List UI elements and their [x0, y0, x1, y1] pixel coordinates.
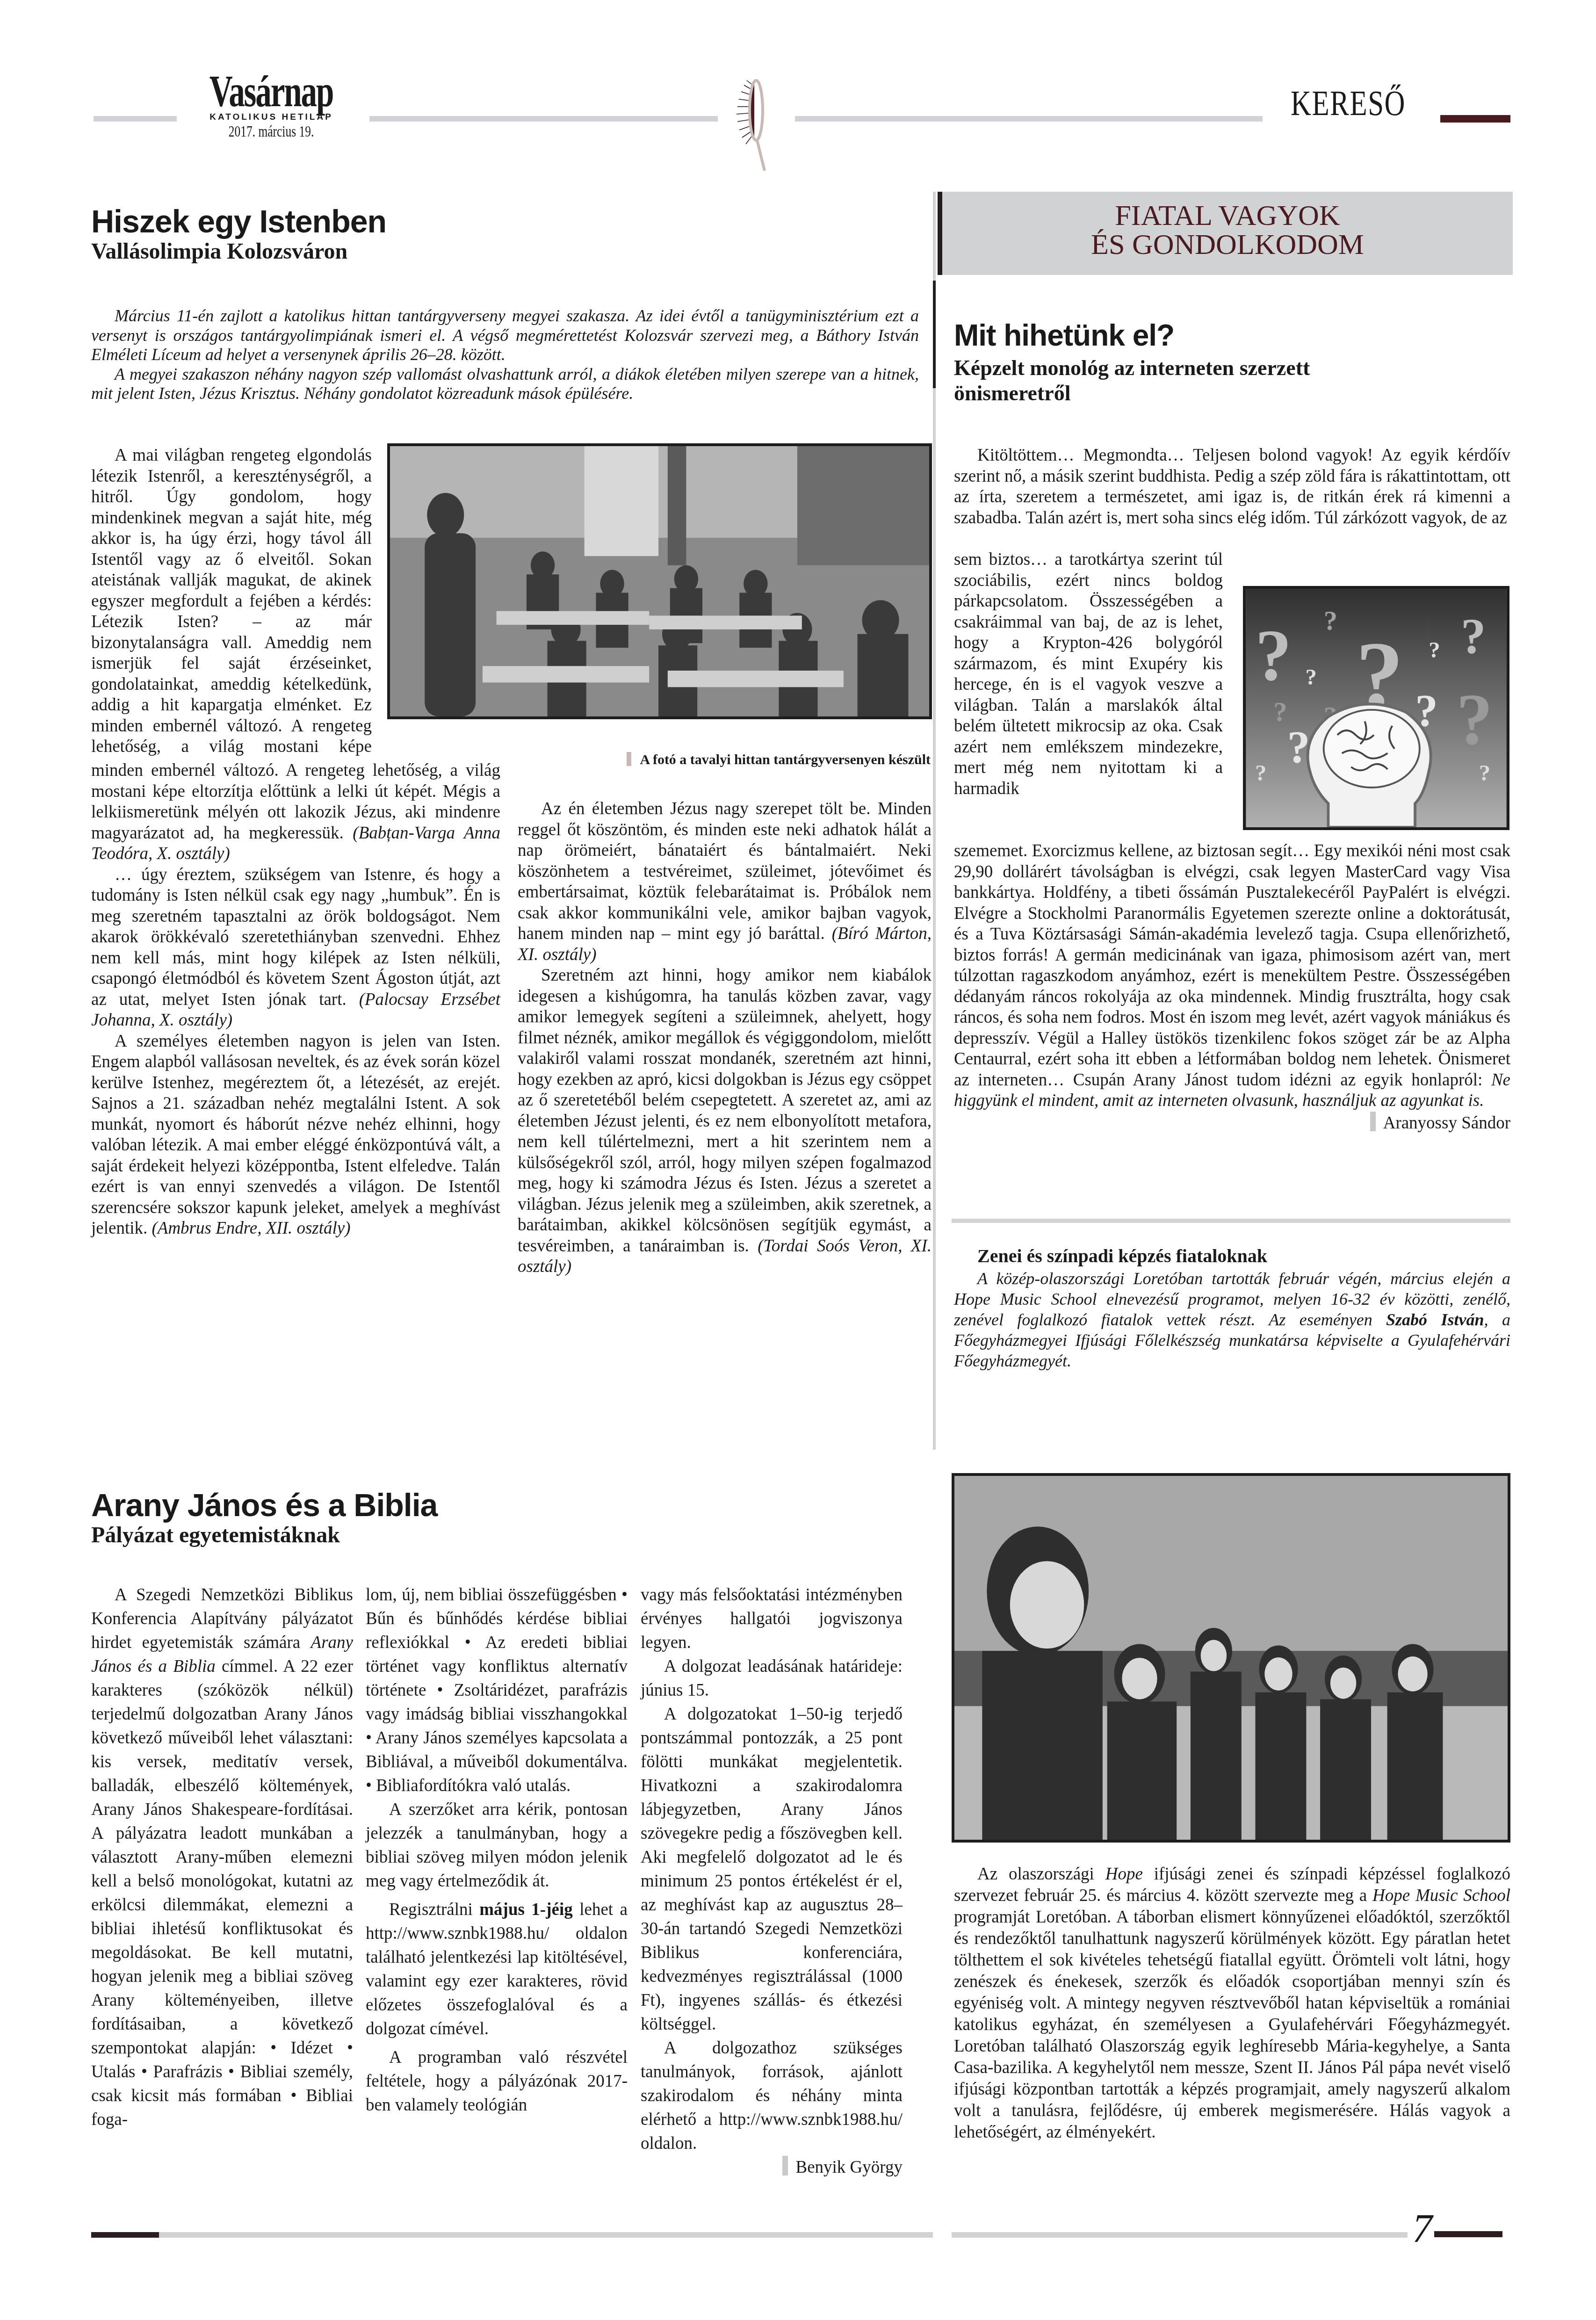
paragraph: A programban való részvétel feltétele, h…	[366, 2045, 628, 2117]
arany-article-subtitle: Pályázat egyetemistáknak	[91, 1522, 340, 1548]
svg-text:?: ?	[1306, 664, 1317, 690]
newspaper-logo: Vasárnap KATOLIKUS HETILAP 2017. március…	[178, 70, 365, 141]
lead-paragraph: A közép-olaszországi Loretóban tartották…	[954, 1268, 1510, 1371]
footer-rule-dark	[91, 2232, 159, 2238]
music-article-title: Zenei és színpadi képzés fiataloknak	[977, 1245, 1267, 1267]
paragraph: Szeretném azt hinni, hogy amikor nem kia…	[518, 965, 932, 1278]
paragraph-continuation: sem biztos… a tarotkártya szerint túl sz…	[954, 549, 1223, 799]
masthead-rule-center-right	[795, 116, 1263, 122]
paragraph: … úgy éreztem, szükségem van Istenre, és…	[91, 865, 500, 1031]
footer-rule-left	[159, 2232, 933, 2238]
svg-text:?: ?	[1273, 697, 1287, 727]
paragraph-text: Az én életemben Jézus nagy szerepet tölt…	[518, 799, 932, 943]
paragraph-continuation: lom, új, nem bibliai összefüggésben • Bű…	[366, 1583, 628, 1798]
brain-with-question-marks-icon: ? ? ? ? ? ? ? ? ? ? ? ? ?	[1246, 589, 1507, 827]
sidebar-title: Mit hihetünk el?	[954, 318, 1174, 353]
deadline-date: május 1-jéig	[479, 1900, 572, 1919]
group-beach-photo	[952, 1473, 1510, 1843]
program-name: Hope Music School	[1372, 1886, 1510, 1905]
paragraph: Az én életemben Jézus nagy szerepet tölt…	[518, 799, 932, 965]
paragraph: Az olaszországi Hope ifjúsági zenei és s…	[954, 1864, 1510, 2143]
footer-rule-accent	[1434, 2231, 1502, 2237]
paragraph-text: szememet. Exorcizmus kellene, az biztosa…	[954, 841, 1510, 1090]
svg-text:?: ?	[1255, 760, 1266, 786]
caption-marker	[627, 752, 631, 766]
paragraph-text: lehet a http://www.sznbk1988.hu/ oldalon…	[366, 1900, 628, 2038]
paragraph-text: Regisztrálni	[389, 1900, 479, 1919]
author-signature: Aranyossy Sándor	[954, 1112, 1510, 1134]
section-banner: FIATAL VAGYOK ÉS GONDOLKODOM	[938, 192, 1513, 275]
lead-paragraph: Március 11-én zajlott a katolikus hittan…	[91, 306, 919, 365]
paragraph: A szerzőket arra kérik, pontosan jelezzé…	[366, 1798, 628, 1893]
signature-marker	[782, 2156, 788, 2175]
signature-marker	[1370, 1112, 1376, 1131]
column-divider-dark	[933, 281, 936, 388]
paragraph-text: Az olaszországi	[977, 1865, 1105, 1884]
author-name: Benyik György	[795, 2158, 903, 2177]
paragraph: A személyes életemben nagyon is jelen va…	[91, 1031, 500, 1239]
article-title: Hiszek egy Istenben	[91, 203, 386, 240]
paragraph: Kitöltöttem… Megmondta… Teljesen bolond …	[954, 445, 1510, 528]
article-column-2: Az én életemben Jézus nagy szerepet tölt…	[518, 799, 932, 1278]
sidebar-body-rest: szememet. Exorcizmus kellene, az biztosa…	[954, 841, 1510, 1134]
paragraph-continuation: vagy más felsőoktatási intézményben érvé…	[641, 1583, 903, 1655]
svg-text:?: ?	[1287, 722, 1310, 773]
group-photo-illustration	[954, 1476, 1508, 1840]
music-article-lead: A közép-olaszországi Loretóban tartották…	[954, 1268, 1510, 1371]
svg-text:?: ?	[1255, 615, 1292, 696]
logo-name: Vasárnap	[204, 70, 339, 112]
paragraph-text: … úgy éreztem, szükségem van Istenre, és…	[91, 865, 500, 1009]
section-banner-line1: FIATAL VAGYOK	[942, 201, 1513, 230]
article-subtitle: Vallásolimpia Kolozsváron	[91, 239, 347, 264]
svg-text:?: ?	[1324, 606, 1337, 636]
paragraph-text: programját Loretóban. A táborban elismer…	[954, 1908, 1510, 2142]
author-signature: Benyik György	[641, 2155, 903, 2179]
issue-date: 2017. március 19.	[201, 123, 341, 141]
person-name: Szabó István	[1386, 1310, 1484, 1329]
svg-text:?: ?	[1456, 679, 1493, 760]
sidebar-separator	[952, 1219, 1510, 1223]
paragraph-continuation: szememet. Exorcizmus kellene, az biztosa…	[954, 841, 1510, 1112]
paragraph: A dolgozathoz szükséges tanulmányok, for…	[641, 2036, 903, 2155]
paragraph-text: címmel. A 22 ezer karakteres (szóközök n…	[91, 1657, 353, 2129]
arany-column-3: vagy más felsőoktatási intézményben érvé…	[641, 1583, 903, 2179]
brain-question-image: ? ? ? ? ? ? ? ? ? ? ? ? ?	[1243, 586, 1509, 830]
photo-caption: A fotó a tavalyi hittan tantárgyversenye…	[524, 752, 931, 768]
arany-column-2: lom, új, nem bibliai összefüggésben • Bű…	[366, 1583, 628, 2117]
classroom-photo-illustration	[390, 446, 929, 716]
paragraph: A dolgozat leadásának határideje: június…	[641, 1655, 903, 1702]
page-number: 7	[1412, 2205, 1432, 2252]
article-column-1: A mai világban rengeteg elgondolás létez…	[91, 445, 372, 759]
arany-article-title: Arany János és a Biblia	[91, 1487, 437, 1524]
music-article-body: Az olaszországi Hope ifjúsági zenei és s…	[954, 1864, 1510, 2143]
paragraph-continuation: minden embernél változó. A rengeteg lehe…	[91, 760, 500, 865]
paragraph: Regisztrálni május 1-jéig lehet a http:/…	[366, 1898, 628, 2041]
masthead-rule-center-left	[369, 116, 718, 122]
svg-text:?: ?	[1479, 760, 1490, 786]
section-accent-bar	[1440, 115, 1510, 123]
lead-paragraph: A megyei szakaszon néhány nagyon szép va…	[91, 365, 919, 404]
paragraph-text: Szeretném azt hinni, hogy amikor nem kia…	[518, 966, 932, 1256]
paragraph: A dolgozatokat 1–50-ig terjedő pontszámm…	[641, 1702, 903, 2036]
section-banner-line2: ÉS GONDOLKODOM	[942, 230, 1513, 259]
quote-author: (Ambrus Endre, XII. osztály)	[152, 1219, 350, 1238]
section-label: KERESŐ	[1291, 83, 1406, 124]
caption-text: A fotó a tavalyi hittan tantárgyversenye…	[640, 752, 931, 767]
article-lead: Március 11-én zajlott a katolikus hittan…	[91, 306, 919, 404]
paragraph-text: A személyes életemben nagyon is jelen va…	[91, 1032, 500, 1238]
sidebar-body-intro: Kitöltöttem… Megmondta… Teljesen bolond …	[954, 445, 1510, 528]
author-name: Aranyossy Sándor	[1383, 1113, 1510, 1133]
sidebar-body-wrap: sem biztos… a tarotkártya szerint túl sz…	[954, 549, 1223, 799]
arany-column-1: A Szegedi Nemzetközi Biblikus Konferenci…	[91, 1583, 353, 2132]
organization-name: Hope	[1105, 1865, 1143, 1884]
footer-rule-right	[952, 2232, 1408, 2238]
svg-text:?: ?	[1461, 608, 1486, 664]
svg-text:?: ?	[1429, 637, 1440, 663]
magnifier-sunburst-icon	[727, 75, 779, 173]
paragraph-text: A mai világban rengeteg elgondolás létez…	[91, 446, 372, 759]
article-column-1-lower: minden embernél változó. A rengeteg lehe…	[91, 760, 500, 1239]
paragraph: A Szegedi Nemzetközi Biblikus Konferenci…	[91, 1583, 353, 2132]
classroom-photo	[387, 443, 932, 719]
masthead-rule-left	[94, 116, 177, 122]
quote-author: (Babțan-Varga Anna Teodóra, X. osztály)	[91, 824, 500, 864]
paragraph: A mai világban rengeteg elgondolás létez…	[91, 445, 372, 759]
sidebar-subtitle: Képzelt monológ az interneten szerzett ö…	[954, 355, 1422, 406]
